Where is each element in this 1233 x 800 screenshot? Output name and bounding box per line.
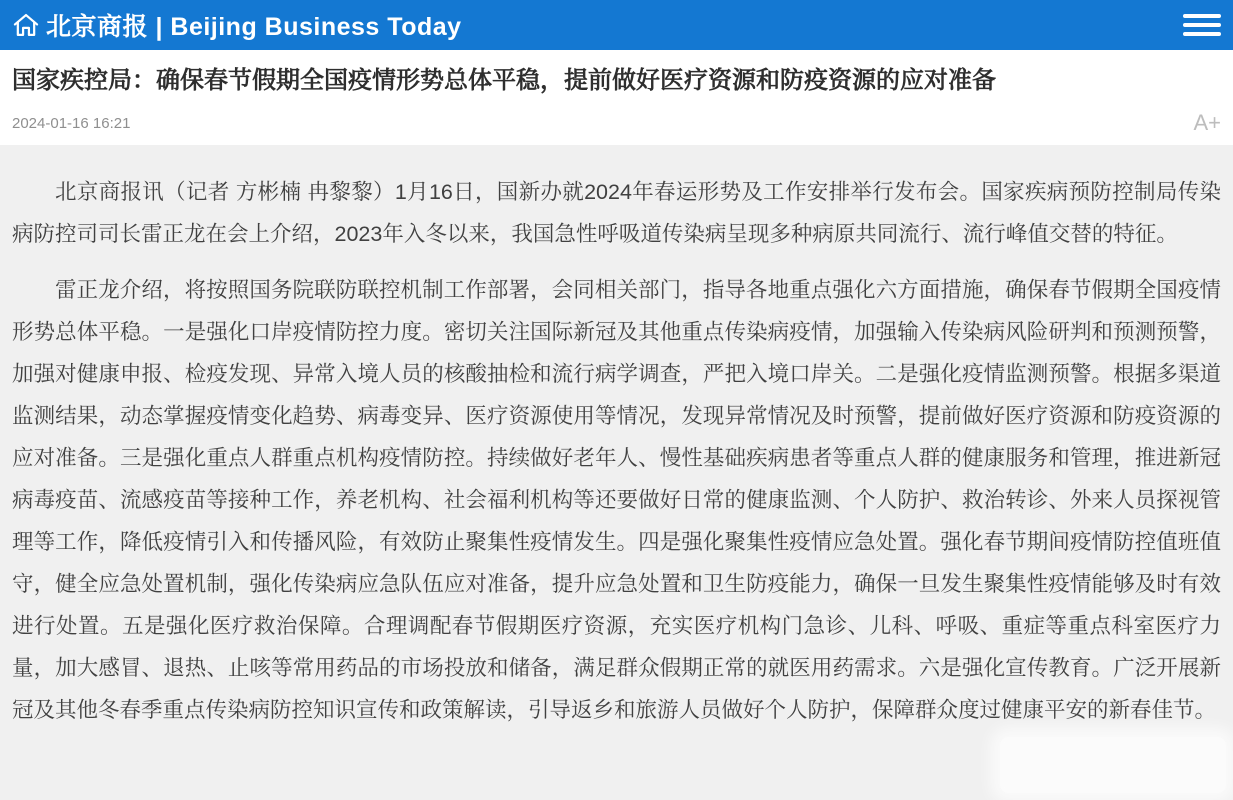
page-title: 国家疾控局：确保春节假期全国疫情形势总体平稳，提前做好医疗资源和防疫资源的应对准…: [12, 66, 1221, 96]
article-title-block: 国家疾控局：确保春节假期全国疫情形势总体平稳，提前做好医疗资源和防疫资源的应对准…: [0, 50, 1233, 145]
hamburger-bar: [1183, 23, 1221, 27]
home-icon[interactable]: [12, 11, 40, 39]
hamburger-bar: [1183, 32, 1221, 36]
hamburger-bar: [1183, 14, 1221, 18]
hamburger-menu-icon[interactable]: [1183, 14, 1221, 36]
translucent-overlay-patch: [1000, 737, 1226, 793]
article-paragraph: 雷正龙介绍，将按照国务院联防联控机制工作部署，会同相关部门，指导各地重点强化六方…: [12, 269, 1221, 731]
site-brand[interactable]: 北京商报 | Beijing Business Today: [46, 7, 462, 43]
top-header-bar: 北京商报 | Beijing Business Today: [0, 0, 1233, 50]
article-body: 北京商报讯（记者 方彬楠 冉黎黎）1月16日，国新办就2024年春运形势及工作安…: [0, 145, 1233, 800]
article-paragraph: 北京商报讯（记者 方彬楠 冉黎黎）1月16日，国新办就2024年春运形势及工作安…: [12, 171, 1221, 255]
publish-timestamp: 2024-01-16 16:21: [12, 115, 130, 132]
article-meta-row: 2024-01-16 16:21 A+: [12, 112, 1221, 134]
font-size-increase-button[interactable]: A+: [1193, 112, 1221, 134]
